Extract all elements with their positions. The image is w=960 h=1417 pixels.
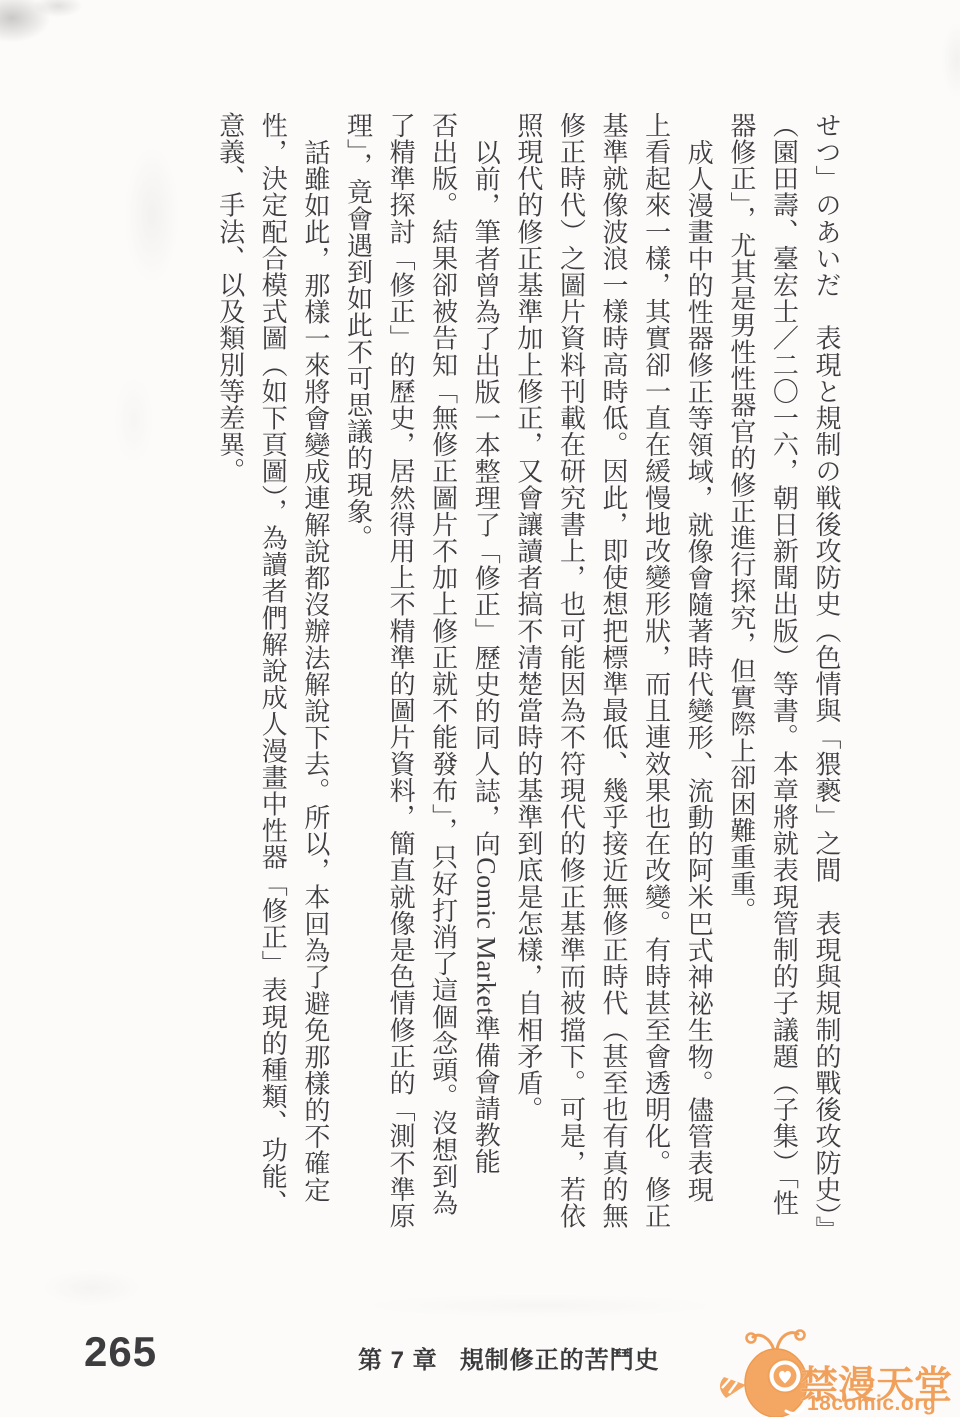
text-column: 修正時代）之圖片資料刊載在研究書上，也可能因為不符現代的修正基準而被擋下。可是，… [549, 112, 592, 1252]
text-column: （園田壽、臺宏士／二〇一六，朝日新聞出版）等書。本章將就表現管制的子議題（子集）… [762, 112, 805, 1252]
text-column: 以前，筆者曾為了出版一本整理了「修正」歷史的同人誌，向Comic Market準… [464, 112, 507, 1252]
page-number: 265 [84, 1328, 157, 1376]
chapter-label: 第 7 章 [358, 1340, 438, 1375]
text-column: 上看起來一樣，其實卻一直在緩慢地改變形狀，而且連效果也在改變。有時甚至會透明化。… [634, 112, 677, 1252]
text-column: 理」，竟會遇到如此不可思議的現象。 [336, 112, 379, 1252]
watermark-site-url: 18comic.org [807, 1392, 936, 1416]
text-column: 成人漫畫中的性器修正等領域，就像會隨著時代變形、流動的阿米巴式神祕生物。儘管表現 [677, 112, 720, 1252]
site-watermark: 禁漫天堂 18comic.org [710, 1322, 960, 1417]
text-column: 照現代的修正基準加上修正，又會讓讀者搞不清楚當時的基準到底是怎樣，自相矛盾。 [506, 112, 549, 1252]
book-page: せつ」のあいだ 表現と規制の戦後攻防史（色情與「猥褻」之間 表現與規制的戰後攻防… [0, 0, 960, 1417]
text-column: 性，決定配合模式圖（如下頁圖），為讀者們解說成人漫畫中性器「修正」表現的種類、功… [251, 112, 294, 1252]
chapter-footer: 第 7 章 規制修正的苦鬥史 [358, 1340, 660, 1375]
vertical-text-block: せつ」のあいだ 表現と規制の戦後攻防史（色情與「猥褻」之間 表現與規制的戰後攻防… [208, 112, 847, 1252]
text-column: 器修正」，尤其是男性性器官的修正進行探究，但實際上卻困難重重。 [719, 112, 762, 1252]
text-column: 基準就像波浪一樣時高時低。因此，即使想把標準最低、幾乎接近無修正時代（甚至也有真… [591, 112, 634, 1252]
text-column: せつ」のあいだ 表現と規制の戦後攻防史（色情與「猥褻」之間 表現與規制的戰後攻防… [804, 112, 847, 1252]
text-column: 意義、手法、以及類別等差異。 [208, 112, 251, 1252]
text-column: 話雖如此，那樣一來將會變成連解說都沒辦法解說下去。所以，本回為了避免那樣的不確定 [293, 112, 336, 1252]
chapter-title: 規制修正的苦鬥史 [460, 1340, 660, 1375]
text-column: 否出版。結果卻被告知「無修正圖片不加上修正就不能發布」，只好打消了這個念頭。沒想… [421, 112, 464, 1252]
text-column: 了精準探討「修正」的歷史，居然得用上不精準的圖片資料，簡直就像是色情修正的「測不… [378, 112, 421, 1252]
